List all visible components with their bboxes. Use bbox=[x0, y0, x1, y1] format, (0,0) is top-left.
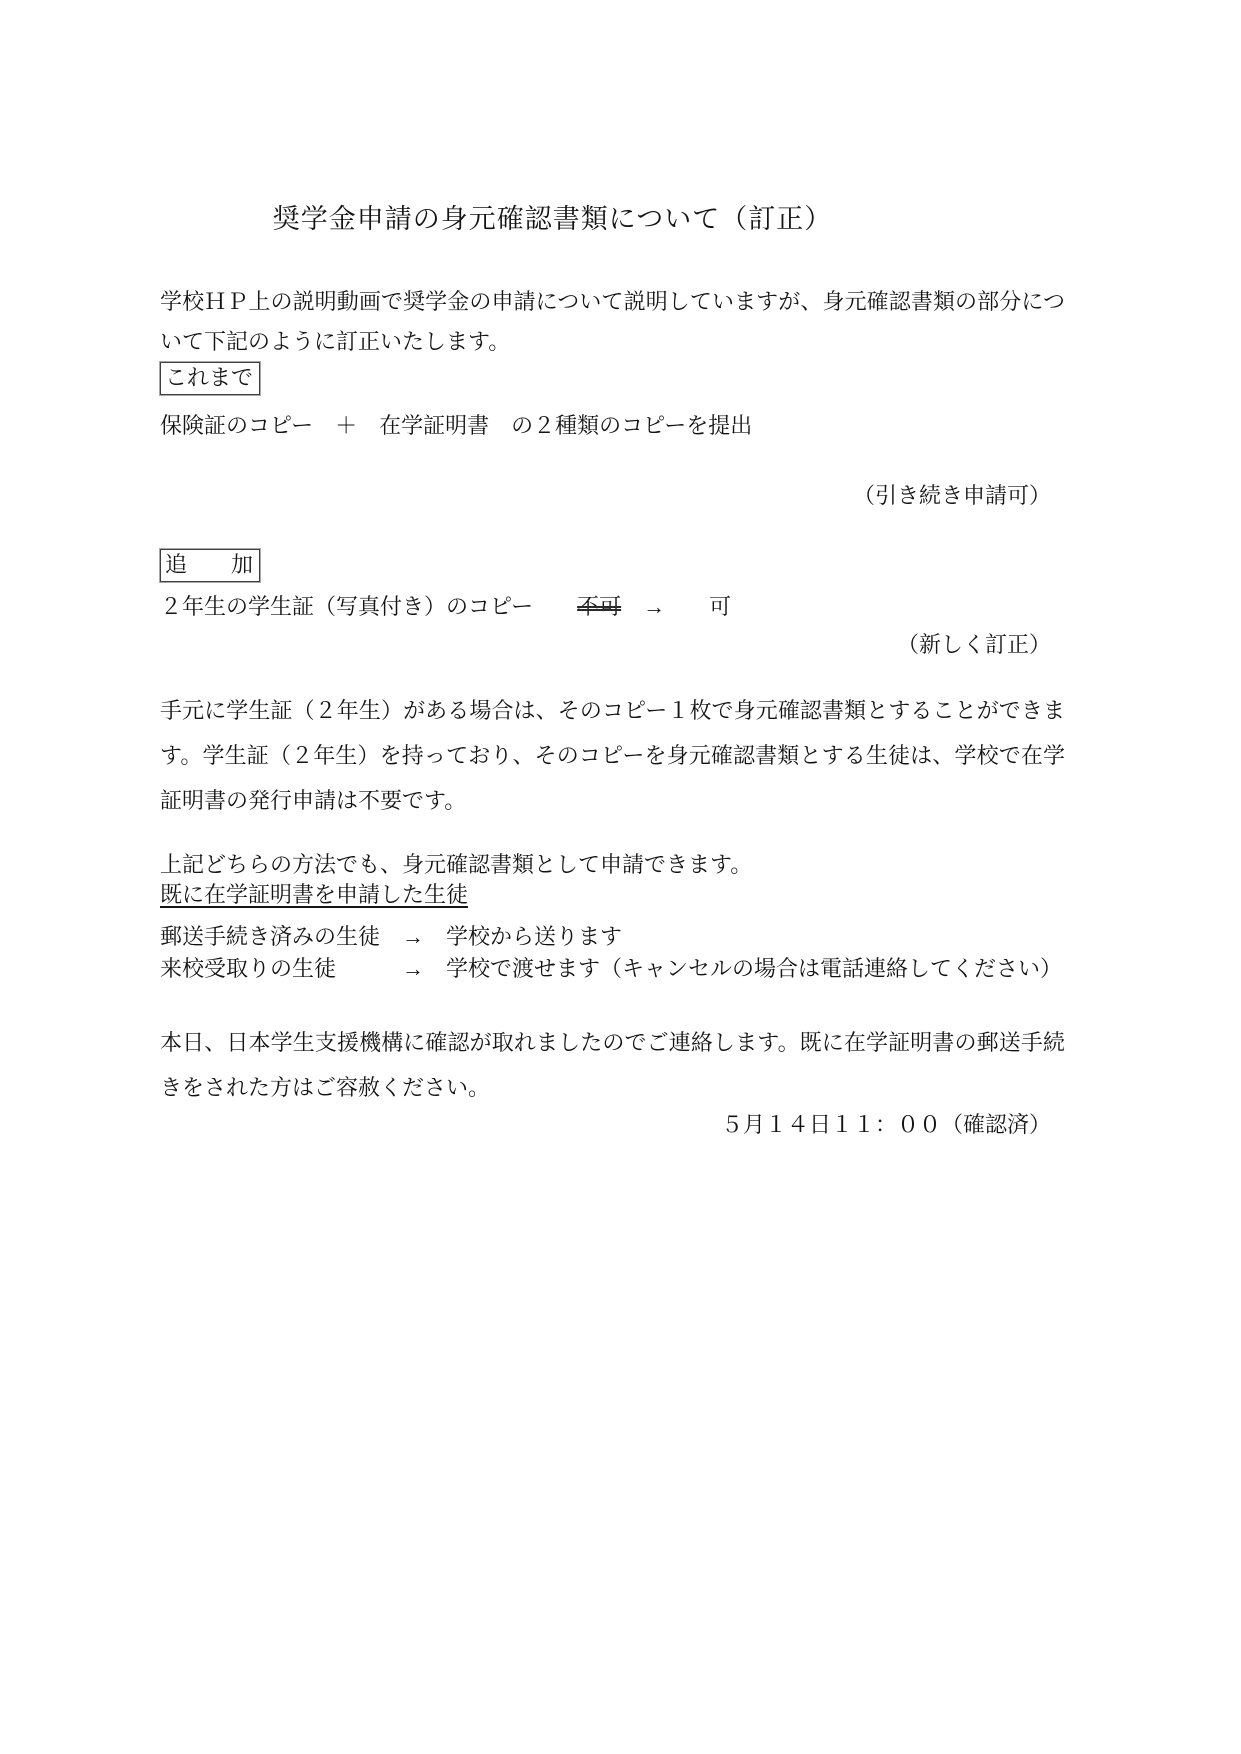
applied-row-pickup: 来校受取りの生徒 → 学校で渡せます（キャンセルの場合は電話連絡してください） bbox=[160, 954, 1065, 984]
closing-paragraph: 本日、日本学生支援機構に確認が取れましたのでご連絡します。既に在学証明書の郵送手… bbox=[160, 1020, 1065, 1110]
before-note: （引き続き申請可） bbox=[160, 481, 1065, 511]
before-section: これまで bbox=[160, 362, 1065, 395]
addition-line-suffix: → 可 bbox=[621, 594, 731, 619]
intro-paragraph: 学校ＨＰ上の説明動画で奨学金の申請について説明していますが、身元確認書類の部分に… bbox=[160, 282, 1065, 362]
notice-page: 奨学金申請の身元確認書類について（訂正） 学校ＨＰ上の説明動画で奨学金の申請につ… bbox=[0, 0, 1241, 1754]
document-title: 奨学金申請の身元確認書類について（訂正） bbox=[160, 202, 1065, 236]
body-paragraph-2: 上記どちらの方法でも、身元確認書類として申請できます。 bbox=[160, 850, 1065, 880]
strikethrough-text: 不可 bbox=[577, 594, 621, 619]
applied-row-mail: 郵送手続き済みの生徒 → 学校から送ります bbox=[160, 922, 1065, 952]
datetime-stamp: ５月１４日１１：００（確認済） bbox=[160, 1110, 1065, 1140]
before-line: 保険証のコピー ＋ 在学証明書 の２種類のコピーを提出 bbox=[160, 411, 1065, 441]
addition-line: ２年生の学生証（写真付き）のコピー 不可 → 可 bbox=[160, 592, 1065, 622]
addition-box-label: 追 加 bbox=[160, 549, 260, 582]
addition-line-prefix: ２年生の学生証（写真付き）のコピー bbox=[160, 594, 577, 619]
before-box-label: これまで bbox=[160, 362, 260, 395]
body-paragraph-1: 手元に学生証（２年生）がある場合は、そのコピー１枚で身元確認書類とすることができ… bbox=[160, 688, 1065, 823]
addition-section: 追 加 bbox=[160, 549, 1065, 582]
addition-note: （新しく訂正） bbox=[160, 630, 1065, 660]
applied-section-heading: 既に在学証明書を申請した生徒 bbox=[160, 880, 1065, 910]
document-content: 奨学金申請の身元確認書類について（訂正） 学校ＨＰ上の説明動画で奨学金の申請につ… bbox=[160, 0, 1065, 1140]
